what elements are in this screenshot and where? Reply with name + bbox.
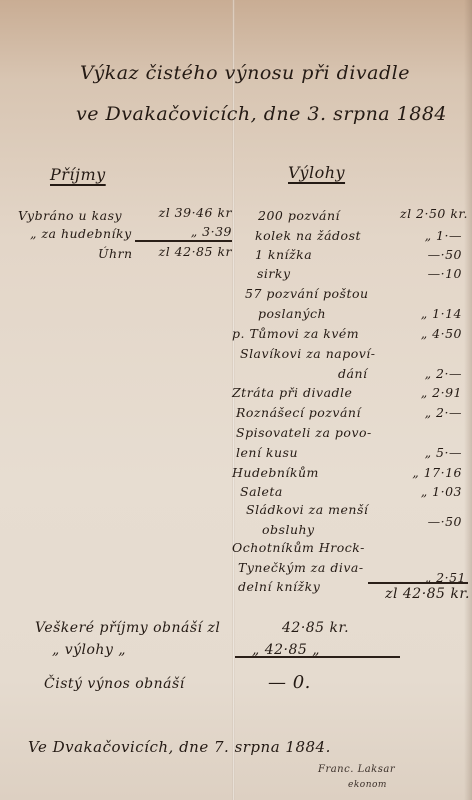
income-row-label: „ za hudebníky: [30, 226, 132, 241]
summary-expenses-label: „ výlohy „: [52, 642, 126, 658]
expense-amount: „ 17·16: [380, 465, 462, 480]
income-heading: Příjmy: [50, 165, 106, 184]
income-row-label: Vybráno u kasy: [18, 208, 122, 223]
expense-amount: „ 2·—: [380, 405, 462, 420]
income-total-label: Úhrn: [98, 246, 133, 261]
expense-label: 57 pozvání poštou: [245, 286, 369, 301]
income-total-amount: zl 42·85 kr: [150, 244, 232, 259]
expense-label: kolek na žádost: [255, 228, 361, 243]
title-line-1: Výkaz čistého výnosu při divadle: [80, 62, 410, 84]
expense-amount: „ 1·—: [380, 228, 462, 243]
expenses-heading: Výlohy: [288, 163, 345, 182]
expense-amount: „ 2·—: [380, 366, 462, 381]
page-edge: [464, 0, 472, 800]
expense-label: Sládkovi za menší: [246, 502, 368, 517]
expense-label: Roznášecí pozvání: [236, 405, 361, 420]
expense-amount: —·50: [380, 247, 462, 262]
expenses-sum-rule: [368, 582, 468, 584]
expense-label: delní knížky: [238, 579, 320, 594]
net-profit-label: Čistý výnos obnáší: [44, 676, 185, 692]
title-line-2: ve Dvakačovicích, dne 3. srpna 1884: [76, 103, 447, 125]
expense-amount: „ 5·—: [380, 445, 462, 460]
expense-label: Hudebníkům: [232, 465, 319, 480]
summary-income-amount: 42·85 kr.: [282, 620, 349, 636]
place-date: Ve Dvakačovicích, dne 7. srpna 1884.: [28, 738, 331, 756]
expense-label: obsluhy: [262, 522, 315, 537]
expense-label: dání: [338, 366, 368, 381]
net-profit-amount: — 0.: [268, 672, 311, 693]
expense-amount: „ 2·91: [380, 385, 462, 400]
expense-amount: „ 1·03: [380, 484, 462, 499]
expense-label: Saleta: [240, 484, 283, 499]
expense-label: Slavíkovi za napoví-: [240, 346, 376, 361]
signature-name: Franc. Laksar: [318, 764, 395, 775]
summary-rule: [235, 656, 400, 658]
expense-label: 1 knížka: [255, 247, 312, 262]
expense-label: Ztráta při divadle: [232, 385, 352, 400]
expense-label: Ochotníkům Hrock-: [232, 540, 365, 555]
expense-label: Spisovateli za povo-: [236, 425, 372, 440]
expense-amount: —·10: [380, 266, 462, 281]
expense-label: p. Tůmovi za kvém: [232, 326, 359, 341]
expense-label: 200 pozvání: [258, 208, 340, 223]
summary-income-label: Veškeré příjmy obnáší zl: [35, 620, 220, 636]
expenses-total-amount: zl 42·85 kr.: [360, 586, 470, 602]
expense-amount: „ 4·50: [380, 326, 462, 341]
expense-label: poslaných: [258, 306, 326, 321]
document-page: Výkaz čistého výnosu při divadle ve Dvak…: [0, 0, 472, 800]
signature-role: ekonom: [348, 780, 387, 790]
expense-amount: zl 2·50 kr.: [380, 206, 468, 221]
expense-amount: —·50: [380, 514, 462, 529]
expense-label: Tynečkým za diva-: [238, 560, 364, 575]
income-row-amount: „ 3·39: [150, 224, 232, 239]
expense-amount: „ 1·14: [380, 306, 462, 321]
expense-label: sirky: [257, 266, 291, 281]
expense-label: lení kusu: [236, 445, 298, 460]
income-sum-rule: [135, 240, 232, 242]
income-row-amount: zl 39·46 kr: [150, 205, 232, 220]
